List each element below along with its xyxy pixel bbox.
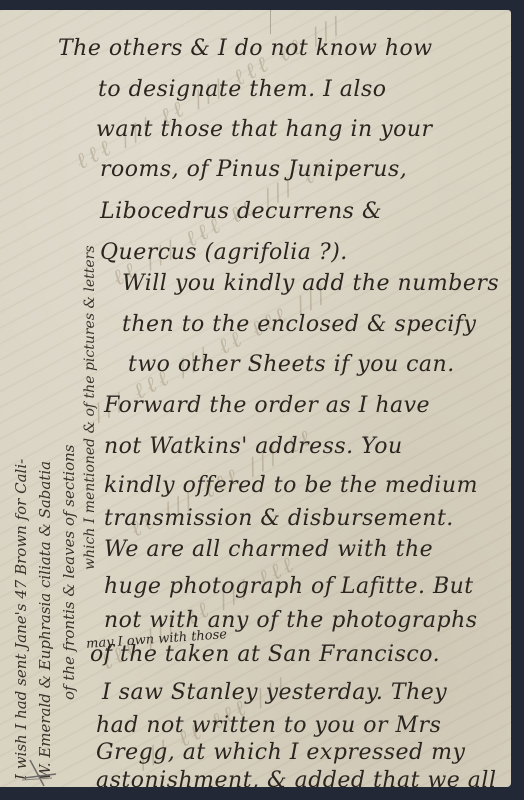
letter-line-3: want those that hang in your bbox=[96, 117, 433, 142]
pencil-cross-mark bbox=[22, 758, 56, 787]
letter-line-6: Quercus (agrifolia ?). bbox=[100, 240, 348, 265]
letter-line-13: transmission & disbursement. bbox=[104, 506, 454, 531]
margin-note-3: of the frontis & leaves of sections bbox=[60, 445, 78, 700]
letter-line-10: Forward the order as I have bbox=[104, 393, 430, 418]
letter-line-14: We are all charmed with the bbox=[104, 537, 433, 562]
letter-line-15: huge photograph of Lafitte. But bbox=[104, 574, 474, 599]
margin-note-2: W. Emerald & Euphrasia ciliata & Sabatia bbox=[36, 461, 54, 780]
letter-line-2: to designate them. I also bbox=[98, 77, 386, 102]
letter-line-17: of the taken at San Francisco. bbox=[90, 642, 440, 667]
letter-line-8: then to the enclosed & specify bbox=[122, 312, 476, 337]
letter-line-19: had not written to you or Mrs bbox=[96, 713, 441, 738]
letter-line-7: Will you kindly add the numbers bbox=[122, 271, 499, 296]
margin-note-4: which I mentioned & of the pictures & le… bbox=[82, 245, 98, 570]
letter-line-12: kindly offered to be the medium bbox=[104, 473, 478, 498]
letter-line-9: two other Sheets if you can. bbox=[128, 352, 455, 377]
fold-crease bbox=[270, 10, 271, 34]
margin-note-1: I wish I had sent Jane's 47 Brown for Ca… bbox=[12, 459, 30, 780]
letter-line-4: rooms, of Pinus Juniperus, bbox=[100, 157, 407, 182]
letter-page: ℓℓℓ /// ℓℓ /// ℓℓℓ ℓℓ /// ℓℓ /// ℓℓℓ ℓℓ … bbox=[0, 10, 511, 787]
letter-line-18: I saw Stanley yesterday. They bbox=[102, 680, 447, 705]
letter-line-5: Libocedrus decurrens & bbox=[100, 199, 382, 224]
letter-line-16: not with any of the photographs bbox=[104, 608, 478, 633]
letter-line-20: Gregg, at which I expressed my bbox=[96, 740, 465, 765]
letter-line-21: astonishment, & added that we all bbox=[96, 768, 496, 787]
letter-line-1: The others & I do not know how bbox=[58, 36, 433, 61]
letter-line-11: not Watkins' address. You bbox=[104, 434, 403, 459]
